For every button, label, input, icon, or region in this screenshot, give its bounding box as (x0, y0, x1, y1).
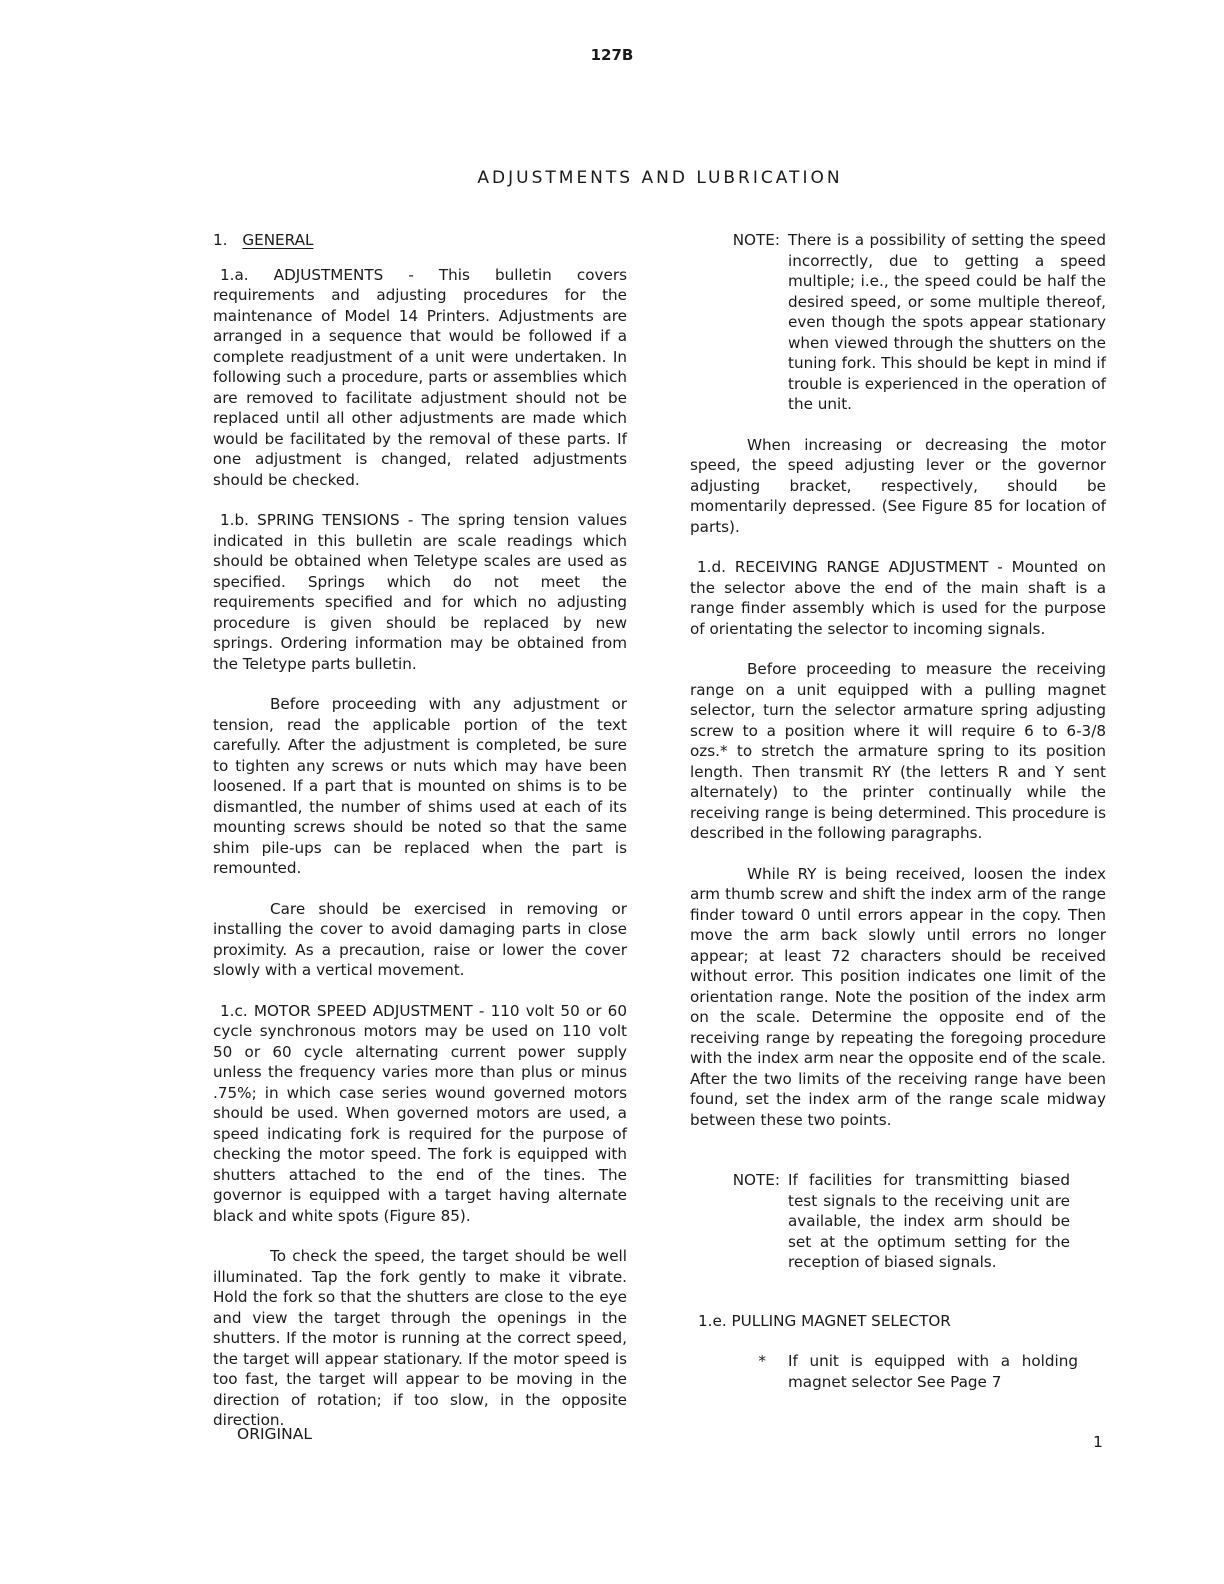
paragraph-before-proceeding: Before proceeding with any adjustment or… (213, 694, 627, 879)
footnote-holding-magnet: * If unit is equipped with a holding mag… (690, 1351, 1106, 1392)
section-label: GENERAL (242, 231, 313, 249)
paragraph-before-measure: Before proceeding to measure the receivi… (690, 659, 1106, 844)
document-code: 127B (0, 46, 1224, 64)
note-label: NOTE: (690, 230, 788, 415)
page-number: 1 (1093, 1433, 1103, 1451)
page-title: ADJUSTMENTS AND LUBRICATION (0, 168, 1224, 188)
left-column: 1. GENERAL 1.a. ADJUSTMENTS - This bulle… (213, 230, 627, 1431)
paragraph-when-increasing: When increasing or decreasing the motor … (690, 435, 1106, 538)
note-speed-multiple: NOTE: There is a possibility of setting … (690, 230, 1106, 415)
paragraph-check-speed: To check the speed, the target should be… (213, 1246, 627, 1431)
asterisk-marker: * (690, 1351, 788, 1392)
paragraph-while-ry: While RY is being received, loosen the i… (690, 864, 1106, 1131)
paragraph-1b-spring-tensions: 1.b. SPRING TENSIONS - The spring tensio… (213, 510, 627, 674)
footnote-text: If unit is equipped with a holding magne… (788, 1351, 1078, 1392)
paragraph-1c-motor-speed: 1.c. MOTOR SPEED ADJUSTMENT - 110 volt 5… (213, 1001, 627, 1227)
paragraph-care: Care should be exercised in removing or … (213, 899, 627, 981)
heading-1e-pulling-magnet: 1.e. PULLING MAGNET SELECTOR (690, 1311, 1106, 1332)
note-text: There is a possibility of setting the sp… (788, 230, 1106, 415)
note-label: NOTE: (690, 1170, 788, 1273)
paragraph-1d-receiving-range: 1.d. RECEIVING RANGE ADJUSTMENT - Mounte… (690, 557, 1106, 639)
section-number: 1. (213, 231, 228, 249)
original-stamp: ORIGINAL (237, 1425, 312, 1443)
note-text: If facilities for transmitting biased te… (788, 1170, 1106, 1273)
note-biased-signals: NOTE: If facilities for transmitting bia… (690, 1170, 1106, 1273)
section-heading-general: 1. GENERAL (213, 230, 627, 251)
right-column: NOTE: There is a possibility of setting … (690, 230, 1106, 1392)
paragraph-1a-adjustments: 1.a. ADJUSTMENTS - This bulletin covers … (213, 265, 627, 491)
